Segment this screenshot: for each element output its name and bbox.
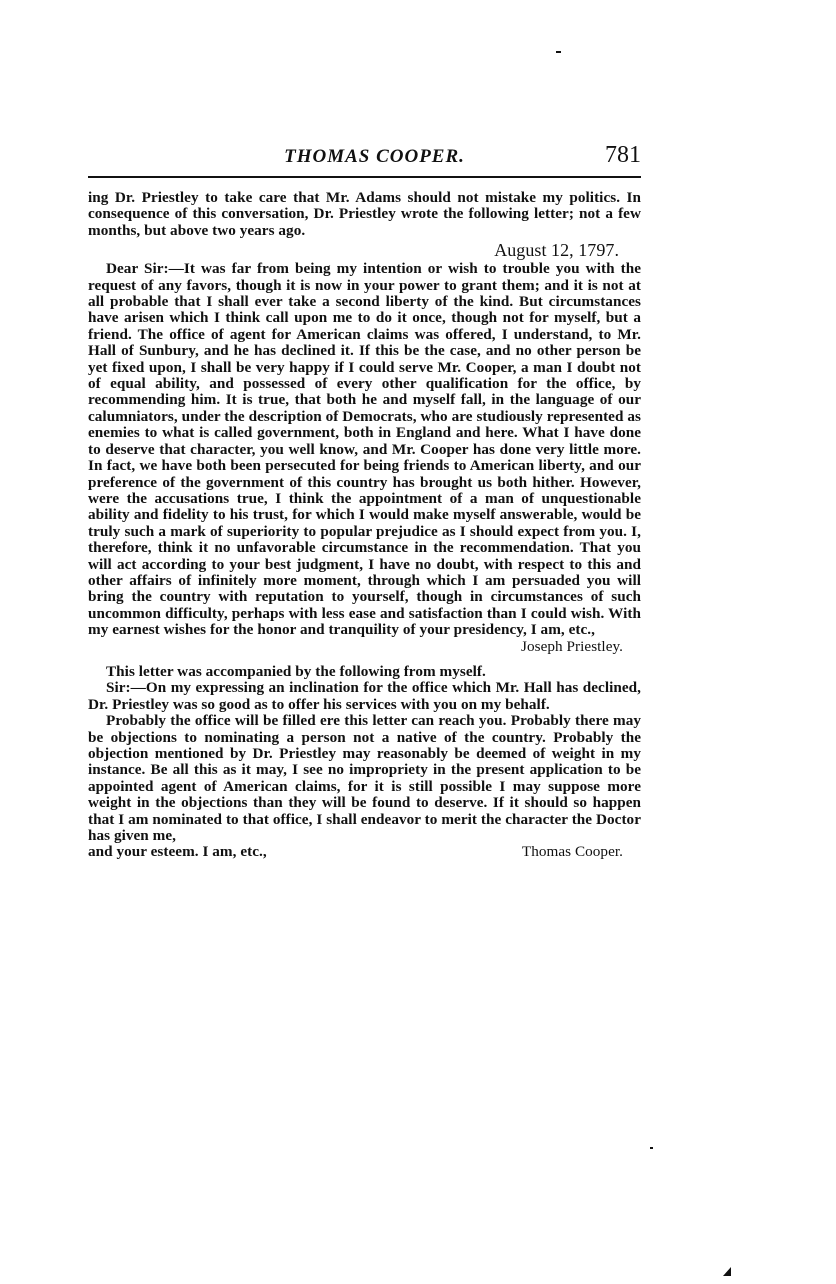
scan-speck [650, 1147, 653, 1149]
priestley-letter: Dear Sir:—It was far from being my inten… [88, 261, 641, 638]
running-head: THOMAS COOPER. 781 [88, 140, 641, 174]
cooper-letter-paragraph-1: Sir:—On my expressing an inclination for… [88, 680, 641, 713]
running-title: THOMAS COOPER. [88, 146, 641, 168]
cooper-letter-paragraph-2: Probably the office will be filled ere t… [88, 713, 641, 844]
scan-speck [556, 51, 561, 53]
cooper-closing: and your esteem. I am, etc., [88, 844, 267, 860]
transition-paragraph: This letter was accompanied by the follo… [88, 664, 641, 680]
priestley-signature: Joseph Priestley. [88, 639, 641, 655]
closing-line: and your esteem. I am, etc., Thomas Coop… [88, 844, 641, 860]
book-page: THOMAS COOPER. 781 ing Dr. Priestley to … [88, 140, 641, 861]
header-rule [88, 176, 641, 178]
body-text: ing Dr. Priestley to take care that Mr. … [88, 190, 641, 861]
letter-date: August 12, 1797. [88, 239, 641, 261]
cooper-signature: Thomas Cooper. [522, 844, 641, 860]
page-number: 781 [605, 142, 641, 169]
intro-paragraph: ing Dr. Priestley to take care that Mr. … [88, 190, 641, 239]
scan-corner-mark [723, 1267, 731, 1276]
